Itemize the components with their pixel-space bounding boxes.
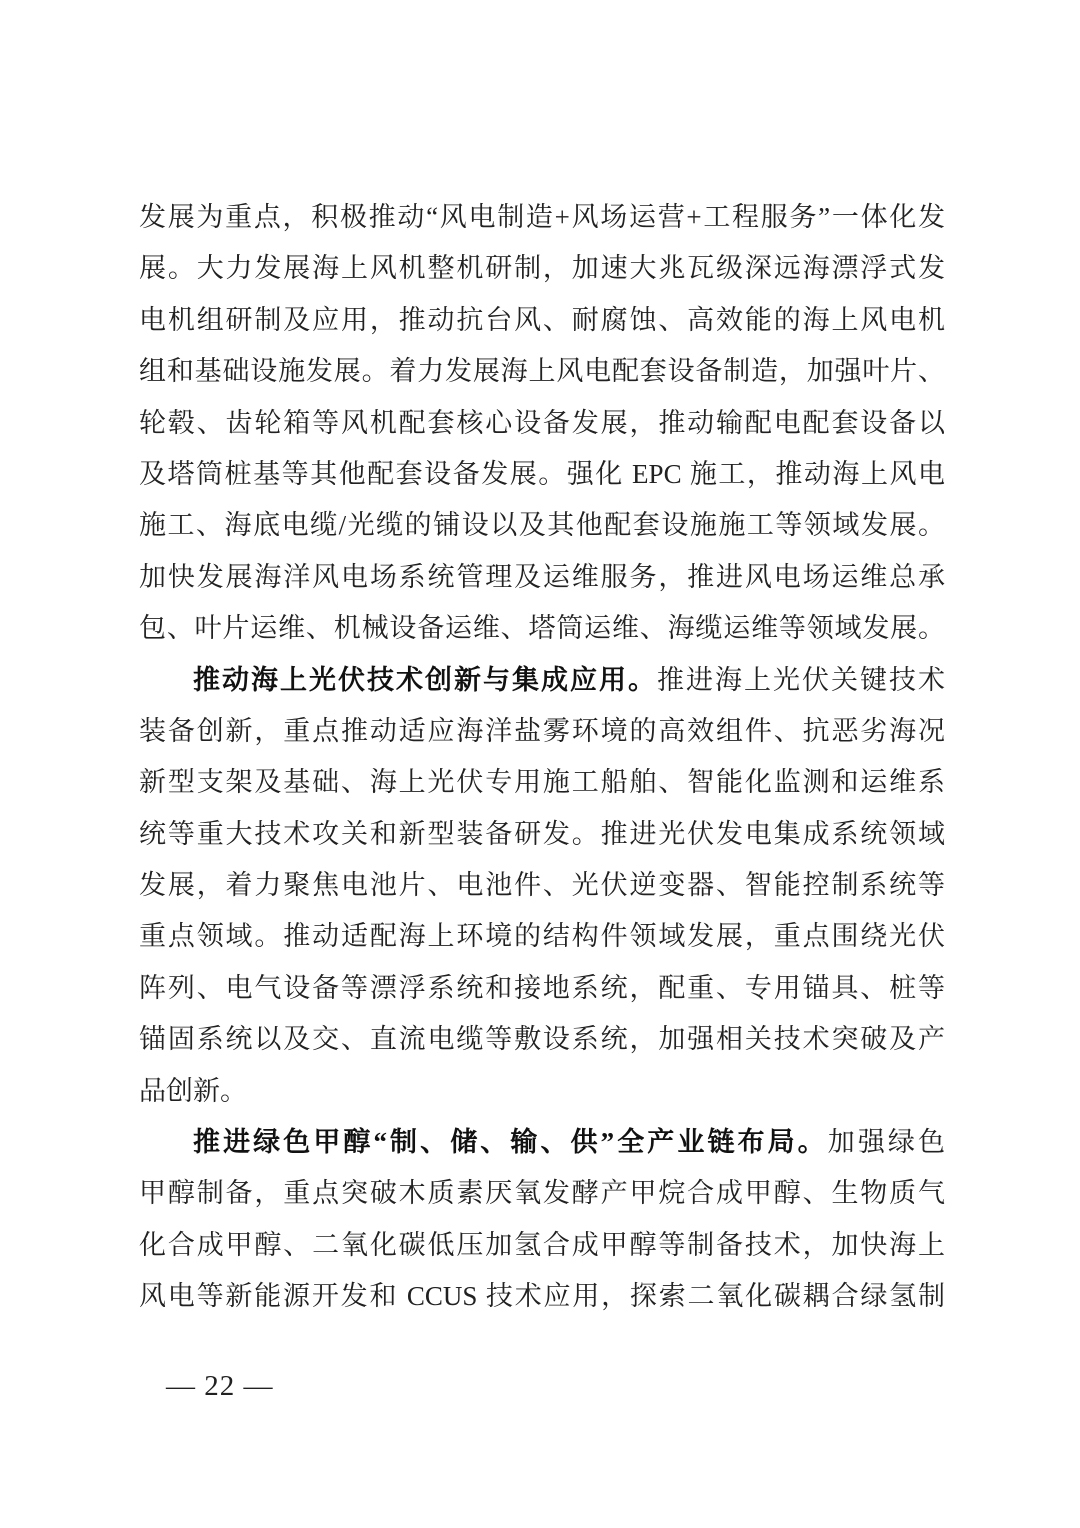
text-line: 包、叶片运维、机械设备运维、塔筒运维、海缆运维等领域发展。: [139, 603, 945, 654]
text-line: 推进绿色甲醇“制、储、输、供”全产业链布局。加强绿色: [139, 1117, 945, 1168]
paragraph: 发展为重点，积极推动“风电制造+风场运营+工程服务”一体化发展。大力发展海上风机…: [139, 192, 945, 655]
text-line: 重点领域。推动适配海上环境的结构件领域发展，重点围绕光伏: [139, 911, 945, 962]
text-line: 新型支架及基础、海上光伏专用施工船舶、智能化监测和运维系: [139, 757, 945, 808]
text-line: 展。大力发展海上风机整机研制，加速大兆瓦级深远海漂浮式发: [139, 243, 945, 294]
text-line: 统等重大技术攻关和新型装备研发。推进光伏发电集成系统领域: [139, 809, 945, 860]
text-line: 加快发展海洋风电场系统管理及运维服务，推进风电场运维总承: [139, 552, 945, 603]
text-line: 发展，着力聚焦电池片、电池件、光伏逆变器、智能控制系统等: [139, 860, 945, 911]
text-line: 甲醇制备，重点突破木质素厌氧发酵产甲烷合成甲醇、生物质气: [139, 1168, 945, 1219]
text-line: 电机组研制及应用，推动抗台风、耐腐蚀、高效能的海上风电机: [139, 295, 945, 346]
text-line: 轮毂、齿轮箱等风机配套核心设备发展，推动输配电配套设备以: [139, 398, 945, 449]
text-line: 组和基础设施发展。着力发展海上风电配套设备制造，加强叶片、: [139, 346, 945, 397]
paragraph: 推进绿色甲醇“制、储、输、供”全产业链布局。加强绿色甲醇制备，重点突破木质素厌氧…: [139, 1117, 945, 1323]
text-line: 施工、海底电缆/光缆的铺设以及其他配套设施施工等领域发展。: [139, 500, 945, 551]
text-line: 锚固系统以及交、直流电缆等敷设系统，加强相关技术突破及产: [139, 1014, 945, 1065]
paragraph-bold-lead: 推动海上光伏技术创新与集成应用。: [193, 665, 657, 695]
paragraph-bold-lead: 推进绿色甲醇“制、储、输、供”全产业链布局。: [193, 1127, 828, 1157]
text-line: 品创新。: [139, 1066, 945, 1117]
text-line: 推动海上光伏技术创新与集成应用。推进海上光伏关键技术: [139, 655, 945, 706]
text-line: 化合成甲醇、二氧化碳低压加氢合成甲醇等制备技术，加快海上: [139, 1220, 945, 1271]
text-line: 及塔筒桩基等其他配套设备发展。强化 EPC 施工，推动海上风电: [139, 449, 945, 500]
text-line: 发展为重点，积极推动“风电制造+风场运营+工程服务”一体化发: [139, 192, 945, 243]
document-page: 发展为重点，积极推动“风电制造+风场运营+工程服务”一体化发展。大力发展海上风机…: [0, 0, 1080, 1528]
page-number: — 22 —: [166, 1368, 274, 1404]
text-line: 风电等新能源开发和 CCUS 技术应用，探索二氧化碳耦合绿氢制: [139, 1271, 945, 1322]
document-body: 发展为重点，积极推动“风电制造+风场运营+工程服务”一体化发展。大力发展海上风机…: [139, 192, 945, 1323]
text-line: 装备创新，重点推动适应海洋盐雾环境的高效组件、抗恶劣海况: [139, 706, 945, 757]
paragraph: 推动海上光伏技术创新与集成应用。推进海上光伏关键技术装备创新，重点推动适应海洋盐…: [139, 655, 945, 1118]
text-line: 阵列、电气设备等漂浮系统和接地系统，配重、专用锚具、桩等: [139, 963, 945, 1014]
